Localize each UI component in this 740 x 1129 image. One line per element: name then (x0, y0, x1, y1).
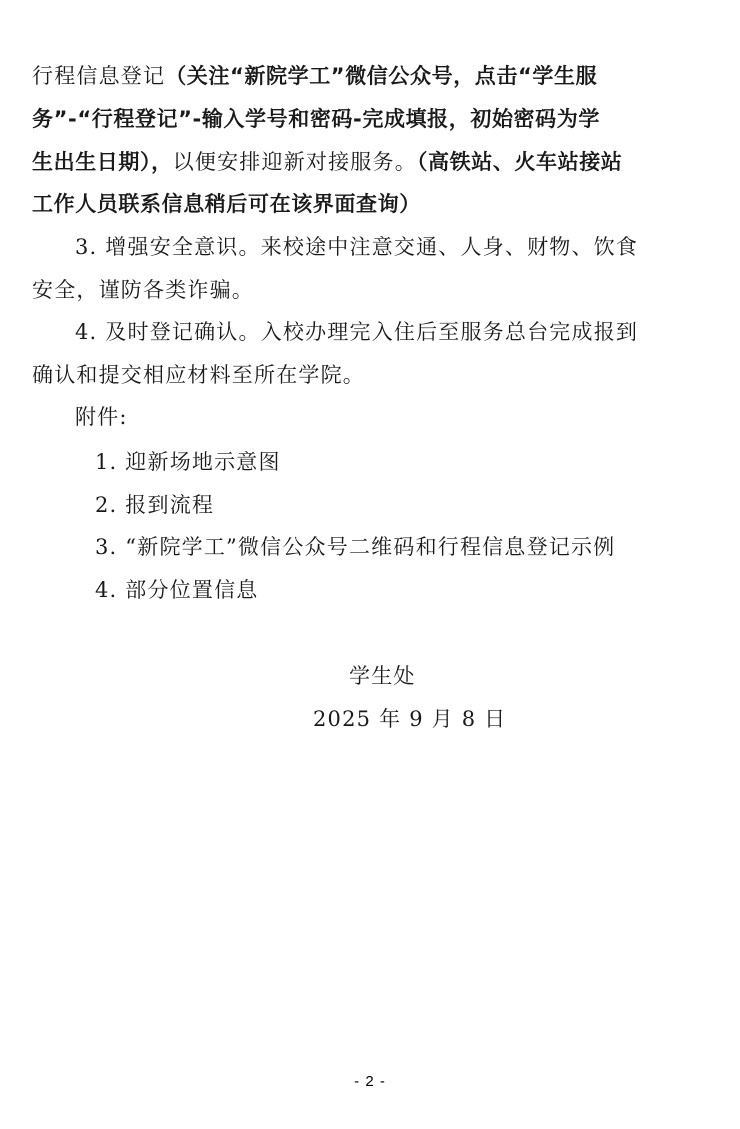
attachments-heading: 附件: (75, 403, 128, 431)
text-bold: 务”-“行程登记”-输入学号和密码-完成填报，初始密码为学 (32, 107, 600, 131)
item-4-line-1: 4. 及时登记确认。入校办理完入住后至服务总台完成报到 (75, 318, 638, 346)
document-page: 行程信息登记（关注“新院学工”微信公众号，点击“学生服 务”-“行程登记”-输入… (0, 0, 740, 1129)
text-regular: 以便安排迎新对接服务。 (173, 150, 417, 174)
issuer: 学生处 (349, 662, 416, 690)
item-4-line-2: 确认和提交相应材料至所在学院。 (32, 361, 365, 389)
paragraph-line: 行程信息登记（关注“新院学工”微信公众号，点击“学生服 (32, 62, 597, 90)
attachment-item: 4. 部分位置信息 (95, 576, 259, 604)
text-regular: 行程信息登记 (32, 64, 165, 88)
attachment-item: 3. “新院学工”微信公众号二维码和行程信息登记示例 (95, 533, 615, 561)
text-bold: 工作人员联系信息稍后可在该界面查询） (32, 192, 421, 216)
text-bold: （关注“新院学工”微信公众号，点击“学生服 (165, 64, 597, 88)
paragraph-line: 务”-“行程登记”-输入学号和密码-完成填报，初始密码为学 (32, 105, 600, 133)
attachment-item: 2. 报到流程 (95, 491, 214, 519)
page-number: - 2 - (0, 1073, 740, 1090)
text-bold: 生出生日期）， (32, 150, 173, 174)
item-3-line-2: 安全，谨防各类诈骗。 (32, 276, 254, 304)
text-bold: （高铁站、火车站接站 (417, 150, 623, 174)
paragraph-line: 工作人员联系信息稍后可在该界面查询） (32, 190, 421, 218)
item-3-line-1: 3. 增强安全意识。来校途中注意交通、人身、财物、饮食 (75, 233, 638, 261)
attachment-item: 1. 迎新场地示意图 (95, 448, 281, 476)
paragraph-line: 生出生日期），以便安排迎新对接服务。（高铁站、火车站接站 (32, 148, 622, 176)
issue-date: 2025 年 9 月 8 日 (313, 705, 506, 733)
